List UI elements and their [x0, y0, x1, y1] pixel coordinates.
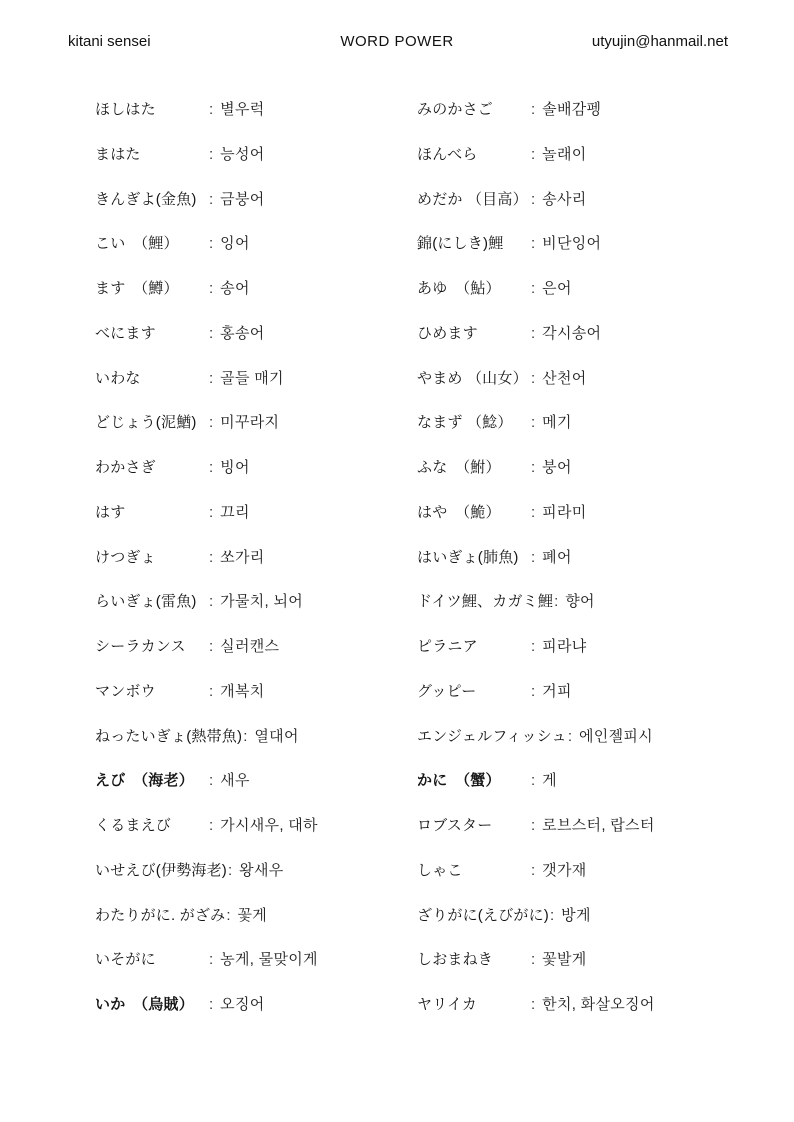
definition-korean: 폐어: [542, 549, 572, 566]
term-japanese: いそがに: [95, 938, 208, 983]
separator-colon: :: [209, 191, 213, 208]
separator-colon: :: [209, 414, 213, 431]
vocab-entry: くるまえび:가시새우, 대하: [95, 804, 417, 849]
vocab-entry: こい （鯉）:잉어: [95, 222, 417, 267]
separator-colon: :: [531, 146, 535, 163]
definition-korean: 능성어: [220, 146, 264, 163]
vocab-entry: わたりがに. がざみ:꽃게: [95, 894, 417, 939]
term-japanese: こい （鯉）: [95, 222, 208, 267]
separator-colon: :: [209, 996, 213, 1013]
vocab-entry: きんぎよ(金魚):금붕어: [95, 178, 417, 223]
vocab-entry: いそがに:농게, 물맞이게: [95, 938, 417, 983]
vocab-entry: かに （蟹）:게: [417, 759, 739, 804]
definition-korean: 금붕어: [220, 191, 264, 208]
separator-colon: :: [531, 549, 535, 566]
term-japanese: ざりがに(えびがに): [417, 894, 549, 939]
separator-colon: :: [209, 370, 213, 387]
definition-korean: 실러캔스: [220, 638, 279, 655]
separator-colon: :: [554, 593, 558, 610]
document-page: WORD POWER kitani sensei utyujin@hanmail…: [0, 0, 794, 1122]
vocab-entry: ドイツ鯉、カガミ鯉:향어: [417, 580, 739, 625]
definition-korean: 놀래이: [542, 146, 586, 163]
vocab-column-right: みのかさご:솔배감펭ほんべら:놀래이めだか （目高）:송사리錦(にしき)鯉:비단…: [417, 88, 739, 1028]
definition-korean: 비단잉어: [542, 235, 601, 252]
definition-korean: 꽃발게: [542, 951, 586, 968]
definition-korean: 송사리: [542, 191, 586, 208]
term-japanese: なまず （鯰）: [417, 401, 530, 446]
definition-korean: 가물치, 뇌어: [220, 593, 303, 610]
vocab-entry: ふな （鮒）:붕어: [417, 446, 739, 491]
separator-colon: :: [531, 504, 535, 521]
definition-korean: 방게: [561, 907, 591, 924]
separator-colon: :: [550, 907, 554, 924]
separator-colon: :: [209, 772, 213, 789]
vocab-entry: シーラカンス:실러캔스: [95, 625, 417, 670]
term-japanese: くるまえび: [95, 804, 208, 849]
separator-colon: :: [209, 101, 213, 118]
vocab-list: ほしはた:별우럭まはた:능성어きんぎよ(金魚):금붕어こい （鯉）:잉어ます （…: [0, 50, 794, 1028]
definition-korean: 각시송어: [542, 325, 601, 342]
vocab-entry: えび （海老）:새우: [95, 759, 417, 804]
vocab-entry: らいぎょ(雷魚):가물치, 뇌어: [95, 580, 417, 625]
definition-korean: 향어: [565, 593, 595, 610]
vocab-entry: いせえび(伊勢海老):왕새우: [95, 849, 417, 894]
separator-colon: :: [209, 235, 213, 252]
definition-korean: 잉어: [220, 235, 250, 252]
definition-korean: 게: [542, 772, 557, 789]
term-japanese: めだか （目高）: [417, 178, 530, 223]
definition-korean: 피라미: [542, 504, 586, 521]
definition-korean: 은어: [542, 280, 572, 297]
definition-korean: 솔배감펭: [542, 101, 601, 118]
definition-korean: 로브스터, 랍스터: [542, 817, 654, 834]
definition-korean: 빙어: [220, 459, 250, 476]
vocab-entry: なまず （鯰）:메기: [417, 401, 739, 446]
page-header: WORD POWER kitani sensei utyujin@hanmail…: [0, 0, 794, 50]
vocab-entry: ヤリイカ:한치, 화살오징어: [417, 983, 739, 1028]
vocab-entry: マンボウ:개복치: [95, 670, 417, 715]
separator-colon: :: [209, 638, 213, 655]
definition-korean: 홍송어: [220, 325, 264, 342]
term-japanese: わかさぎ: [95, 446, 208, 491]
vocab-entry: やまめ （山女）:산천어: [417, 357, 739, 402]
vocab-entry: グッピー:거피: [417, 670, 739, 715]
term-japanese: ドイツ鯉、カガミ鯉: [417, 580, 553, 625]
term-japanese: まはた: [95, 133, 208, 178]
separator-colon: :: [209, 549, 213, 566]
term-japanese: ヤリイカ: [417, 983, 530, 1028]
term-japanese: いせえび(伊勢海老): [95, 849, 227, 894]
vocab-column-left: ほしはた:별우럭まはた:능성어きんぎよ(金魚):금붕어こい （鯉）:잉어ます （…: [95, 88, 417, 1028]
term-japanese: ほんべら: [417, 133, 530, 178]
term-japanese: ねったいぎょ(熱帯魚): [95, 715, 242, 760]
vocab-entry: あゆ （鮎）:은어: [417, 267, 739, 312]
term-japanese: マンボウ: [95, 670, 208, 715]
vocab-entry: わかさぎ:빙어: [95, 446, 417, 491]
term-japanese: えび （海老）: [95, 759, 208, 804]
term-japanese: べにます: [95, 312, 208, 357]
vocab-entry: しおまねき:꽃발게: [417, 938, 739, 983]
term-japanese: らいぎょ(雷魚): [95, 580, 208, 625]
vocab-entry: ほしはた:별우럭: [95, 88, 417, 133]
separator-colon: :: [531, 235, 535, 252]
definition-korean: 오징어: [220, 996, 264, 1013]
vocab-entry: ねったいぎょ(熱帯魚):열대어: [95, 715, 417, 760]
definition-korean: 열대어: [254, 728, 298, 745]
term-japanese: あゆ （鮎）: [417, 267, 530, 312]
vocab-entry: ひめます:각시송어: [417, 312, 739, 357]
definition-korean: 갯가재: [542, 862, 586, 879]
separator-colon: :: [209, 459, 213, 476]
definition-korean: 메기: [542, 414, 572, 431]
definition-korean: 꽃게: [238, 907, 268, 924]
separator-colon: :: [568, 728, 572, 745]
separator-colon: :: [531, 862, 535, 879]
separator-colon: :: [531, 638, 535, 655]
separator-colon: :: [531, 772, 535, 789]
vocab-entry: けつぎょ:쏘가리: [95, 536, 417, 581]
separator-colon: :: [531, 370, 535, 387]
term-japanese: はや （鮠）: [417, 491, 530, 536]
term-japanese: きんぎよ(金魚): [95, 178, 208, 223]
separator-colon: :: [531, 817, 535, 834]
separator-colon: :: [209, 817, 213, 834]
term-japanese: いわな: [95, 357, 208, 402]
separator-colon: :: [531, 459, 535, 476]
term-japanese: シーラカンス: [95, 625, 208, 670]
separator-colon: :: [531, 325, 535, 342]
term-japanese: ます （鱒）: [95, 267, 208, 312]
document-title: WORD POWER: [0, 33, 794, 50]
vocab-entry: はす:끄리: [95, 491, 417, 536]
definition-korean: 가시새우, 대하: [220, 817, 318, 834]
separator-colon: :: [531, 951, 535, 968]
vocab-entry: ます （鱒）:송어: [95, 267, 417, 312]
vocab-entry: ざりがに(えびがに):방게: [417, 894, 739, 939]
term-japanese: はす: [95, 491, 208, 536]
term-japanese: しおまねき: [417, 938, 530, 983]
definition-korean: 왕새우: [239, 862, 283, 879]
term-japanese: ひめます: [417, 312, 530, 357]
separator-colon: :: [531, 414, 535, 431]
definition-korean: 미꾸라지: [220, 414, 279, 431]
term-japanese: しゃこ: [417, 849, 530, 894]
term-japanese: はいぎょ(肺魚): [417, 536, 530, 581]
separator-colon: :: [531, 683, 535, 700]
vocab-entry: はいぎょ(肺魚):폐어: [417, 536, 739, 581]
term-japanese: わたりがに. がざみ: [95, 894, 225, 939]
definition-korean: 거피: [542, 683, 572, 700]
definition-korean: 산천어: [542, 370, 586, 387]
separator-colon: :: [209, 951, 213, 968]
vocab-entry: まはた:능성어: [95, 133, 417, 178]
definition-korean: 새우: [220, 772, 250, 789]
vocab-entry: ほんべら:놀래이: [417, 133, 739, 178]
vocab-entry: めだか （目高）:송사리: [417, 178, 739, 223]
definition-korean: 농게, 물맞이게: [220, 951, 318, 968]
definition-korean: 한치, 화살오징어: [542, 996, 654, 1013]
separator-colon: :: [209, 593, 213, 610]
definition-korean: 붕어: [542, 459, 572, 476]
separator-colon: :: [209, 683, 213, 700]
vocab-entry: はや （鮠）:피라미: [417, 491, 739, 536]
vocab-entry: 錦(にしき)鯉:비단잉어: [417, 222, 739, 267]
term-japanese: やまめ （山女）: [417, 357, 530, 402]
term-japanese: けつぎょ: [95, 536, 208, 581]
vocab-entry: しゃこ:갯가재: [417, 849, 739, 894]
vocab-entry: エンジェルフィッシュ:에인젤피시: [417, 715, 739, 760]
separator-colon: :: [531, 191, 535, 208]
separator-colon: :: [226, 907, 230, 924]
term-japanese: グッピー: [417, 670, 530, 715]
separator-colon: :: [243, 728, 247, 745]
separator-colon: :: [209, 504, 213, 521]
separator-colon: :: [228, 862, 232, 879]
definition-korean: 에인젤피시: [579, 728, 653, 745]
term-japanese: エンジェルフィッシュ: [417, 715, 567, 760]
vocab-entry: どじょう(泥鰌):미꾸라지: [95, 401, 417, 446]
separator-colon: :: [209, 280, 213, 297]
term-japanese: みのかさご: [417, 88, 530, 133]
definition-korean: 골들 매기: [220, 370, 284, 387]
term-japanese: いか （烏賊）: [95, 983, 208, 1028]
separator-colon: :: [209, 146, 213, 163]
separator-colon: :: [531, 996, 535, 1013]
vocab-entry: いわな:골들 매기: [95, 357, 417, 402]
definition-korean: 피라냐: [542, 638, 586, 655]
term-japanese: 錦(にしき)鯉: [417, 222, 530, 267]
definition-korean: 끄리: [220, 504, 250, 521]
definition-korean: 송어: [220, 280, 250, 297]
definition-korean: 쏘가리: [220, 549, 264, 566]
vocab-entry: べにます:홍송어: [95, 312, 417, 357]
term-japanese: かに （蟹）: [417, 759, 530, 804]
term-japanese: ロブスター: [417, 804, 530, 849]
vocab-entry: ロブスター:로브스터, 랍스터: [417, 804, 739, 849]
term-japanese: ほしはた: [95, 88, 208, 133]
term-japanese: ふな （鮒）: [417, 446, 530, 491]
term-japanese: どじょう(泥鰌): [95, 401, 208, 446]
term-japanese: ピラニア: [417, 625, 530, 670]
vocab-entry: いか （烏賊）:오징어: [95, 983, 417, 1028]
separator-colon: :: [531, 101, 535, 118]
vocab-entry: ピラニア:피라냐: [417, 625, 739, 670]
separator-colon: :: [209, 325, 213, 342]
definition-korean: 별우럭: [220, 101, 264, 118]
separator-colon: :: [531, 280, 535, 297]
vocab-entry: みのかさご:솔배감펭: [417, 88, 739, 133]
definition-korean: 개복치: [220, 683, 264, 700]
